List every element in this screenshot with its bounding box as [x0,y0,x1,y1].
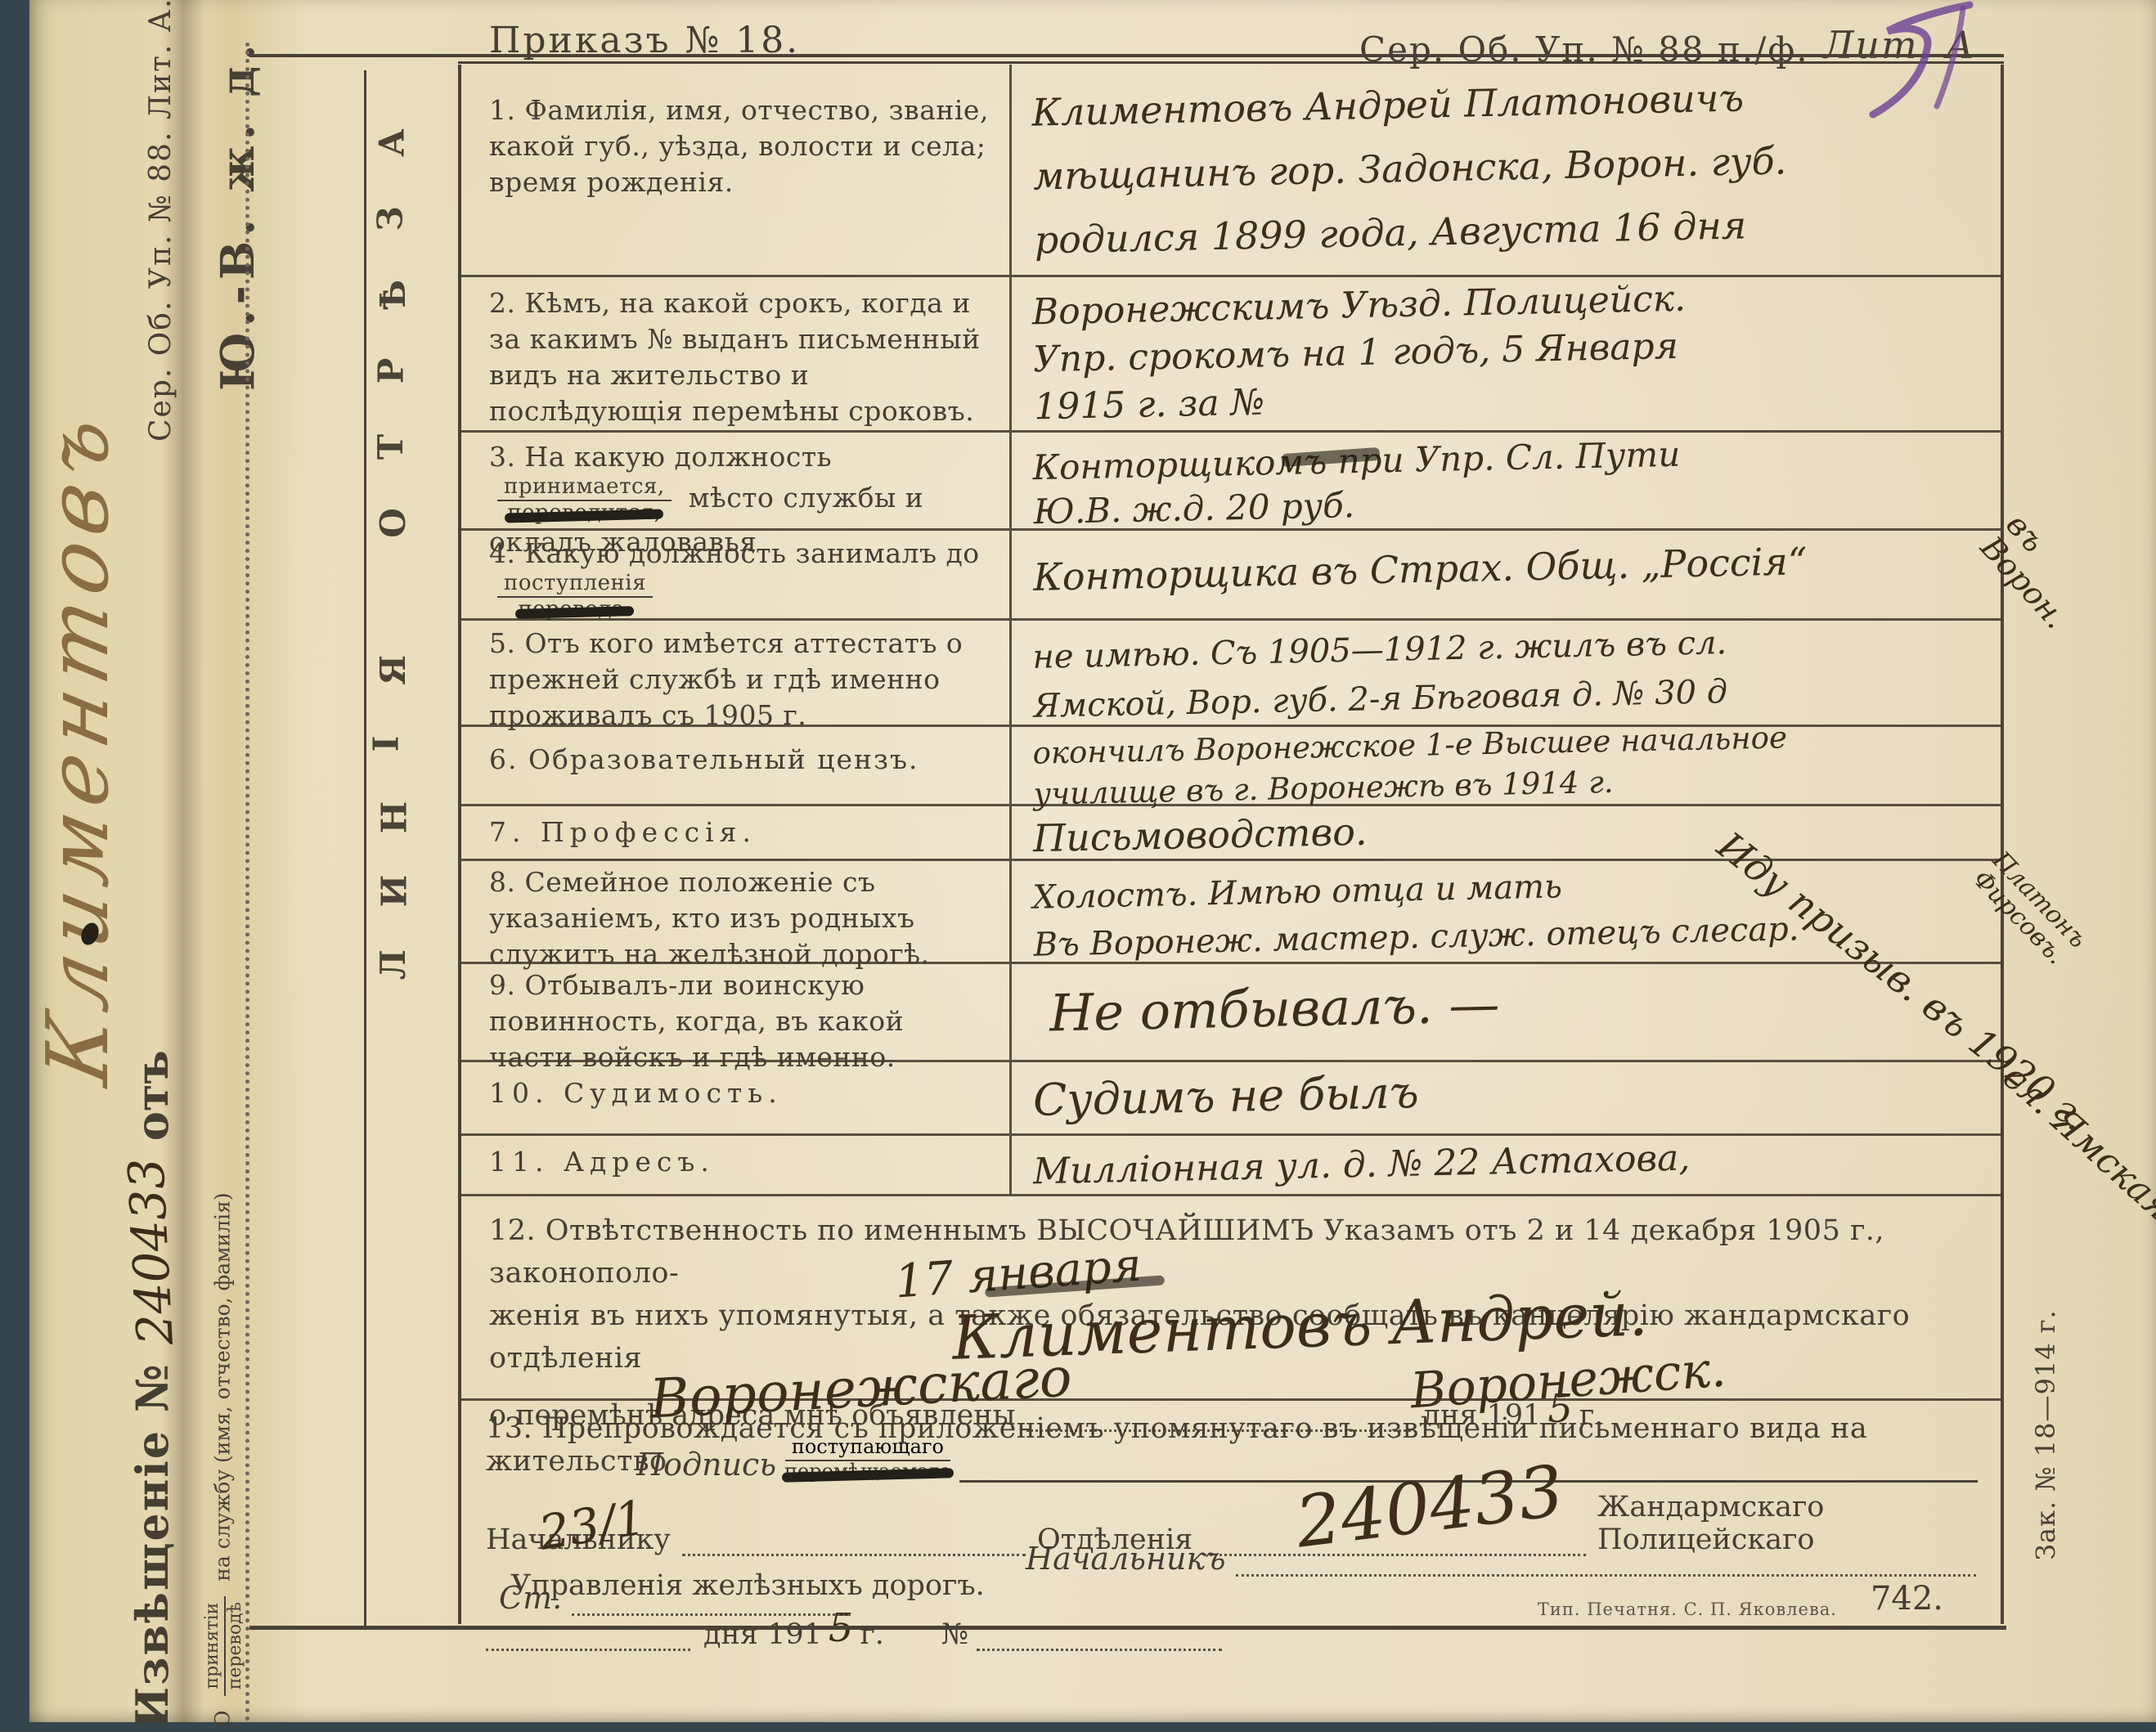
about-transfer-word: переводѣ [226,1602,245,1689]
form-row-5: 5. Отъ кого имѣется аттестатъ о прежней … [461,621,2001,727]
question-3-accept-word: принимается, [497,475,672,501]
question-6: 6. Образовательный цензъ. [461,727,1009,804]
chief-label: Начальникъ [1026,1541,1226,1577]
cut-letter: Т [371,434,411,460]
cut-column-line [364,70,366,1628]
cut-letter: Н [374,801,414,834]
blank-chief-line [682,1523,1026,1557]
answer-3: Конторщикомъ при Упр. Сл. Пути Ю.В. ж.д.… [1032,431,1682,535]
margin-order-reference: Зак. № 18—914 г. [2030,1309,2061,1560]
question-9: 9. Отбывалъ-ли воинскую повинность, когд… [461,964,1009,1060]
answer-cell-11: Милліонная ул. д. № 22 Астахова, сл. Ямс… [1009,1136,2001,1194]
table-bottom-rule [249,1626,2006,1630]
question-4-alternatives: поступленія перевода. [497,572,653,621]
scanned-document: Ю.-В. ж. д. Сер. Об. Уп. № 88. Лит. А. К… [0,0,2156,1732]
question-7: 7. Профессія. [461,806,1009,859]
answer-10: Судимъ не былъ [1032,1063,1419,1126]
question-3-struck-word: переводится, [507,501,661,524]
perforation-line [245,43,249,1722]
answer-cell-2: Воронежскимъ Уѣзд. Полицейск. Упр. сроко… [1009,277,2001,430]
page-number: 742. [1871,1580,1943,1618]
cut-letter: Р [371,358,411,384]
answer-cell-3: Конторщикомъ при Упр. Сл. Пути Ю.В. ж.д.… [1009,433,2001,528]
form-row-6: 6. Образовательный цензъ. окончилъ Ворон… [461,727,2001,806]
s13-no-label: № [941,1618,968,1651]
about-o: О [210,1711,234,1728]
header-rule [249,54,2004,57]
notice-from-label: отъ [126,1050,178,1141]
station-line: Ст. [499,1580,851,1616]
question-11: 11. Адресъ. [461,1136,1009,1194]
s12-line1: 12. Отвѣтственность по именнымъ ВЫСОЧАЙШ… [489,1209,1976,1295]
cut-letter: Л [373,949,413,980]
form-table: 1. Фамилія, имя, отчество, званіе, какой… [458,65,2004,1624]
question-4-struck-word: перевода. [518,598,631,621]
notice-number-handwritten: 240433 [118,1157,185,1347]
about-alternatives: принятіи переводѣ [203,1596,245,1696]
answer-cell-7: Письмоводство. [1009,806,2001,859]
cut-letter: А [372,128,412,156]
s13-year-suffix: г. [860,1618,883,1651]
answer-2: Воронежскимъ Уѣзд. Полицейск. Упр. сроко… [1031,276,1688,432]
question-3-alternatives: принимается, переводится, [497,475,672,524]
cut-letter: І [366,736,406,752]
printer-imprint: Тип. Печатня. С. П. Яковлева. [1538,1600,1837,1619]
question-10: 10. Судимость. [461,1062,1009,1133]
blank-chief-sign-line [1236,1559,1977,1577]
cut-letter: О [373,508,413,538]
about-accept-word: принятіи [203,1596,226,1696]
margin-about-line: О принятіи переводѣ на службу (имя, отче… [203,1192,245,1727]
notice-label: Извѣщеніе № [126,1362,178,1729]
answer-cell-4: Конторщика въ Страх. Общ. „Россія“ въ Во… [1009,531,2001,618]
margin-railway-label: Ю.-В. ж. д. [211,39,265,392]
margin-series-label: Сер. Об. Уп. № 88. Лит. А. [144,0,177,442]
station-label: Ст. [499,1580,562,1616]
answer-cell-6: окончилъ Воронежское 1-е Высшее начально… [1009,727,2001,804]
cut-letter: З [371,206,411,231]
form-row-11: 11. Адресъ. Милліонная ул. д. № 22 Астах… [461,1136,2001,1196]
form-row-2: 2. Кѣмъ, на какой срокъ, когда и за каки… [461,277,2001,433]
form-row-10: 10. Судимость. Судимъ не былъ [461,1062,2001,1136]
answer-cell-10: Судимъ не былъ [1009,1062,2001,1133]
blank-number-line [977,1618,1222,1652]
question-5: 5. Отъ кого имѣется аттестатъ о прежней … [461,621,1009,725]
form-row-3: 3. На какую должность принимается, перев… [461,433,2001,531]
answer-4: Конторщика въ Страх. Общ. „Россія“ [1032,527,1807,599]
answer-1: Климентовъ Андрей Платоновичъ мѣщанинъ г… [1031,61,1789,271]
answer-8: Холостъ. Имѣю отца и мать Въ Воронеж. ма… [1032,858,1799,969]
cut-letter: Я [373,655,413,685]
blank-station-line [572,1599,851,1616]
question-2: 2. Кѣмъ, на какой срокъ, когда и за каки… [461,277,1009,430]
margin-handwritten-signature: Климентовъ [28,400,128,1093]
question-3: 3. На какую должность принимается, перев… [461,433,1009,528]
question-3-pre: 3. На какую должность [489,441,832,473]
form-row-13: 13. Препровождается съ приложеніемъ упом… [461,1401,2001,1624]
blank-day-line [486,1618,690,1652]
form-row-1: 1. Фамилія, имя, отчество, званіе, какой… [461,65,2001,277]
question-1: 1. Фамилія, имя, отчество, званіе, какой… [461,65,1009,275]
about-rest: на службу (имя, отчество, фамилія) [210,1192,234,1581]
margin-notice-line: Извѣщеніе № 240433 отъ [123,1050,180,1729]
answer-6: окончилъ Воронежское 1-е Высшее начально… [1032,717,1788,814]
cut-letter: Ѣ [373,280,413,310]
form-row-9: 9. Отбывалъ-ли воинскую повинность, когд… [461,964,2001,1062]
form-row-4: 4. Какую должность занималъ до поступлен… [461,531,2001,621]
answer-11: Милліонная ул. д. № 22 Астахова, [1033,1134,1691,1193]
question-4-accept-word: поступленія [497,572,653,598]
answer-cell-5: не имѣю. Съ 1905—1912 г. жилъ въ сл. Ямс… [1009,621,2001,725]
question-4: 4. Какую должность занималъ до поступлен… [461,531,1009,618]
answer-7: Письмоводство. [1032,808,1368,861]
question-8: 8. Семейное положеніе съ указаніемъ, кто… [461,861,1009,962]
chief-signature-line: Начальникъ [1026,1541,1976,1577]
answer-5: не имѣю. Съ 1905—1912 г. жилъ въ сл. Ямс… [1032,618,1728,731]
answer-9: Не отбывалъ. — [1032,964,1500,1043]
cut-letter: И [374,875,414,908]
answer-cell-9: Не отбывалъ. — Иду призыв. въ 1920 г. [1009,964,2001,1060]
purple-pencil-mark [1840,0,1988,123]
question-4-pre: 4. Какую должность занималъ до [489,537,980,569]
s13-day-label: дня 191 [703,1618,822,1651]
